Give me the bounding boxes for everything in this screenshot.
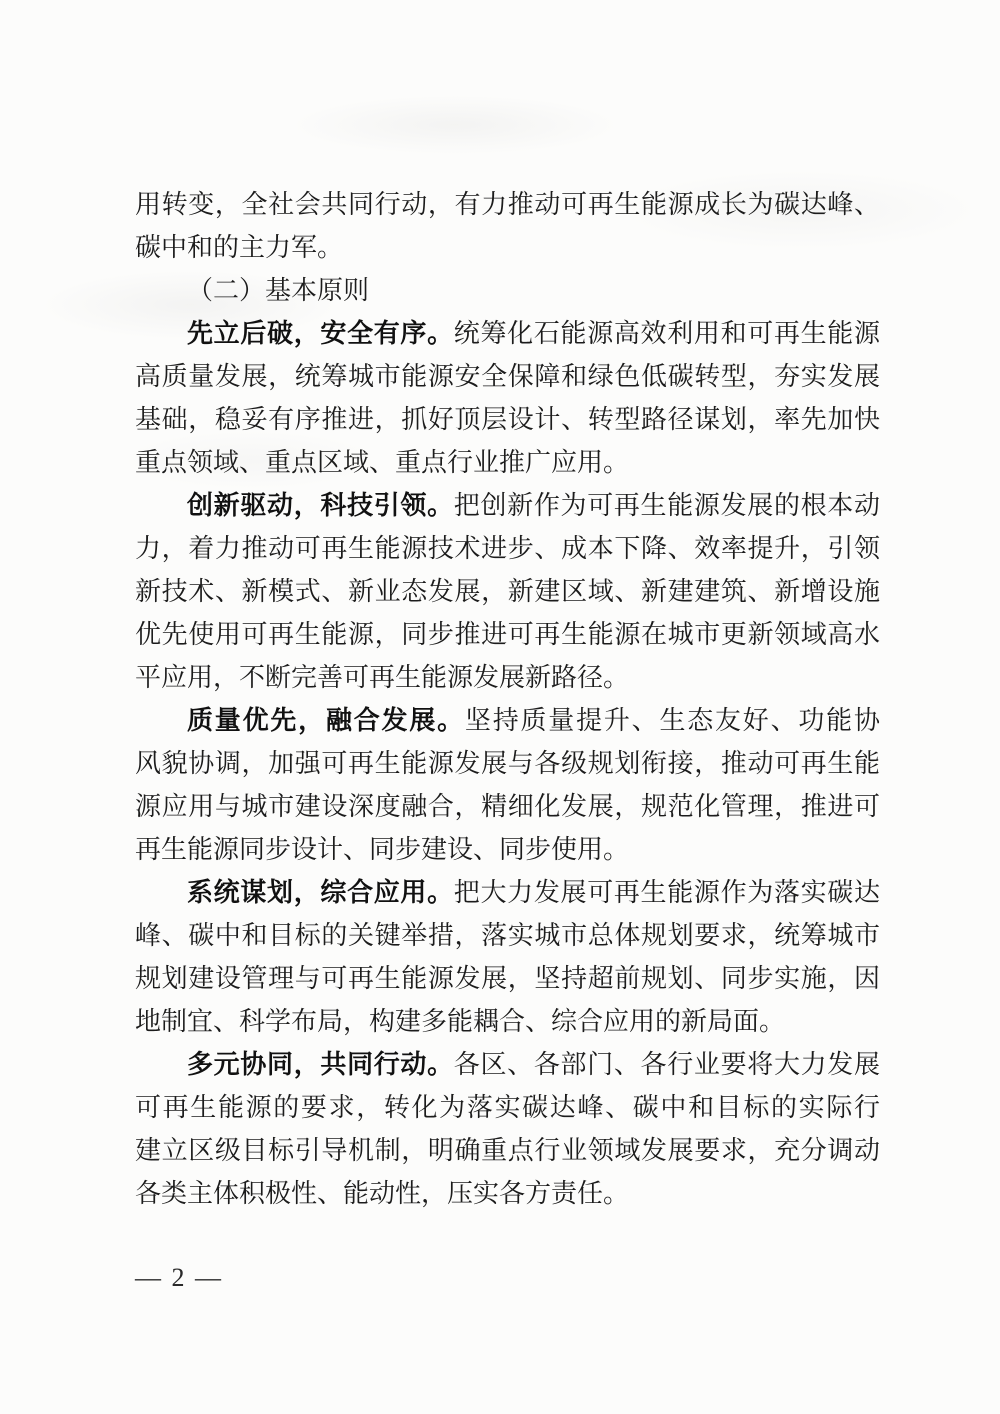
text-line: 峰、碳中和目标的关键举措，落实城市总体规划要求，统筹城市 [135,914,880,957]
paragraph-text: 统筹化石能源高效利用和可再生能源 [454,319,880,348]
paragraph-lead: 质量优先，融合发展。 [187,706,465,735]
text-line: 平应用，不断完善可再生能源发展新路径。 [135,656,880,699]
paragraph-text: 风貌协调，加强可再生能源发展与各级规划衔接，推动可再生能 [135,749,880,778]
paragraph-lead: 系统谋划，综合应用。 [187,878,454,907]
text-line: 碳中和的主力军。 [135,226,880,269]
paragraph-text: 把创新作为可再生能源发展的根本动 [454,491,880,520]
paragraph-text: 高质量发展，统筹城市能源安全保障和绿色低碳转型，夯实发展 [135,362,880,391]
text-line: 高质量发展，统筹城市能源安全保障和绿色低碳转型，夯实发展 [135,355,880,398]
paragraph-text: 各类主体积极性、能动性，压实各方责任。 [135,1179,629,1208]
paragraph-text: 碳中和的主力军。 [135,233,343,262]
text-line: 多元协同，共同行动。各区、各部门、各行业要将大力发展 [135,1043,880,1086]
text-line: （二）基本原则 [135,269,880,312]
text-line: 力，着力推动可再生能源技术进步、成本下降、效率提升，引领 [135,527,880,570]
text-line: 基础，稳妥有序推进，抓好顶层设计、转型路径谋划，率先加快 [135,398,880,441]
page-number: — 2 — [135,1256,223,1299]
paragraph-lead: 创新驱动，科技引领。 [187,491,454,520]
paragraph-text: 把大力发展可再生能源作为落实碳达 [454,878,880,907]
text-line: 风貌协调，加强可再生能源发展与各级规划衔接，推动可再生能 [135,742,880,785]
paragraph-lead: 先立后破，安全有序。 [187,319,454,348]
paragraph-text: 基础，稳妥有序推进，抓好顶层设计、转型路径谋划，率先加快 [135,405,880,434]
text-line: 用转变，全社会共同行动，有力推动可再生能源成长为碳达峰、 [135,183,880,226]
paragraph-text: 峰、碳中和目标的关键举措，落实城市总体规划要求，统筹城市 [135,921,880,950]
paragraph-text: 地制宜、科学布局，构建多能耦合、综合应用的新局面。 [135,1007,785,1036]
text-line: 可再生能源的要求，转化为落实碳达峰、碳中和目标的实际行动。 [135,1086,880,1129]
paragraph-text: 建立区级目标引导机制，明确重点行业领域发展要求，充分调动 [135,1136,880,1165]
document-page: 用转变，全社会共同行动，有力推动可再生能源成长为碳达峰、碳中和的主力军。（二）基… [0,0,1000,1414]
paragraph-text: 源应用与城市建设深度融合，精细化发展，规范化管理，推进可 [135,792,880,821]
paragraph-text: 平应用，不断完善可再生能源发展新路径。 [135,663,629,692]
paragraph-text: 重点领域、重点区域、重点行业推广应用。 [135,448,629,477]
paragraph-text: 规划建设管理与可再生能源发展，坚持超前规划、同步实施，因 [135,964,880,993]
paragraph-text: 用转变，全社会共同行动，有力推动可再生能源成长为碳达峰、 [135,190,880,219]
text-line: 重点领域、重点区域、重点行业推广应用。 [135,441,880,484]
paragraph-text: 各区、各部门、各行业要将大力发展 [454,1050,880,1079]
text-line: 再生能源同步设计、同步建设、同步使用。 [135,828,880,871]
text-line: 规划建设管理与可再生能源发展，坚持超前规划、同步实施，因 [135,957,880,1000]
text-line: 源应用与城市建设深度融合，精细化发展，规范化管理，推进可 [135,785,880,828]
paragraph-text: 再生能源同步设计、同步建设、同步使用。 [135,835,629,864]
paragraph-lead: 多元协同，共同行动。 [187,1050,454,1079]
paragraph-text: 力，着力推动可再生能源技术进步、成本下降、效率提升，引领 [135,534,880,563]
text-line: 先立后破，安全有序。统筹化石能源高效利用和可再生能源 [135,312,880,355]
document-text: 用转变，全社会共同行动，有力推动可再生能源成长为碳达峰、碳中和的主力军。（二）基… [135,183,880,1215]
text-line: 系统谋划，综合应用。把大力发展可再生能源作为落实碳达 [135,871,880,914]
paragraph-text: 优先使用可再生能源，同步推进可再生能源在城市更新领域高水 [135,620,880,649]
text-line: 地制宜、科学布局，构建多能耦合、综合应用的新局面。 [135,1000,880,1043]
text-line: 创新驱动，科技引领。把创新作为可再生能源发展的根本动 [135,484,880,527]
scan-artifact [290,95,620,155]
paragraph-text: 可再生能源的要求，转化为落实碳达峰、碳中和目标的实际行动。 [135,1093,880,1129]
text-line: 新技术、新模式、新业态发展，新建区域、新建建筑、新增设施 [135,570,880,613]
paragraph-text: （二）基本原则 [187,276,369,305]
text-line: 优先使用可再生能源，同步推进可再生能源在城市更新领域高水 [135,613,880,656]
paragraph-text: 新技术、新模式、新业态发展，新建区域、新建建筑、新增设施 [135,577,880,606]
text-line: 建立区级目标引导机制，明确重点行业领域发展要求，充分调动 [135,1129,880,1172]
text-line: 各类主体积极性、能动性，压实各方责任。 [135,1172,880,1215]
text-line: 质量优先，融合发展。坚持质量提升、生态友好、功能协同、 [135,699,880,742]
